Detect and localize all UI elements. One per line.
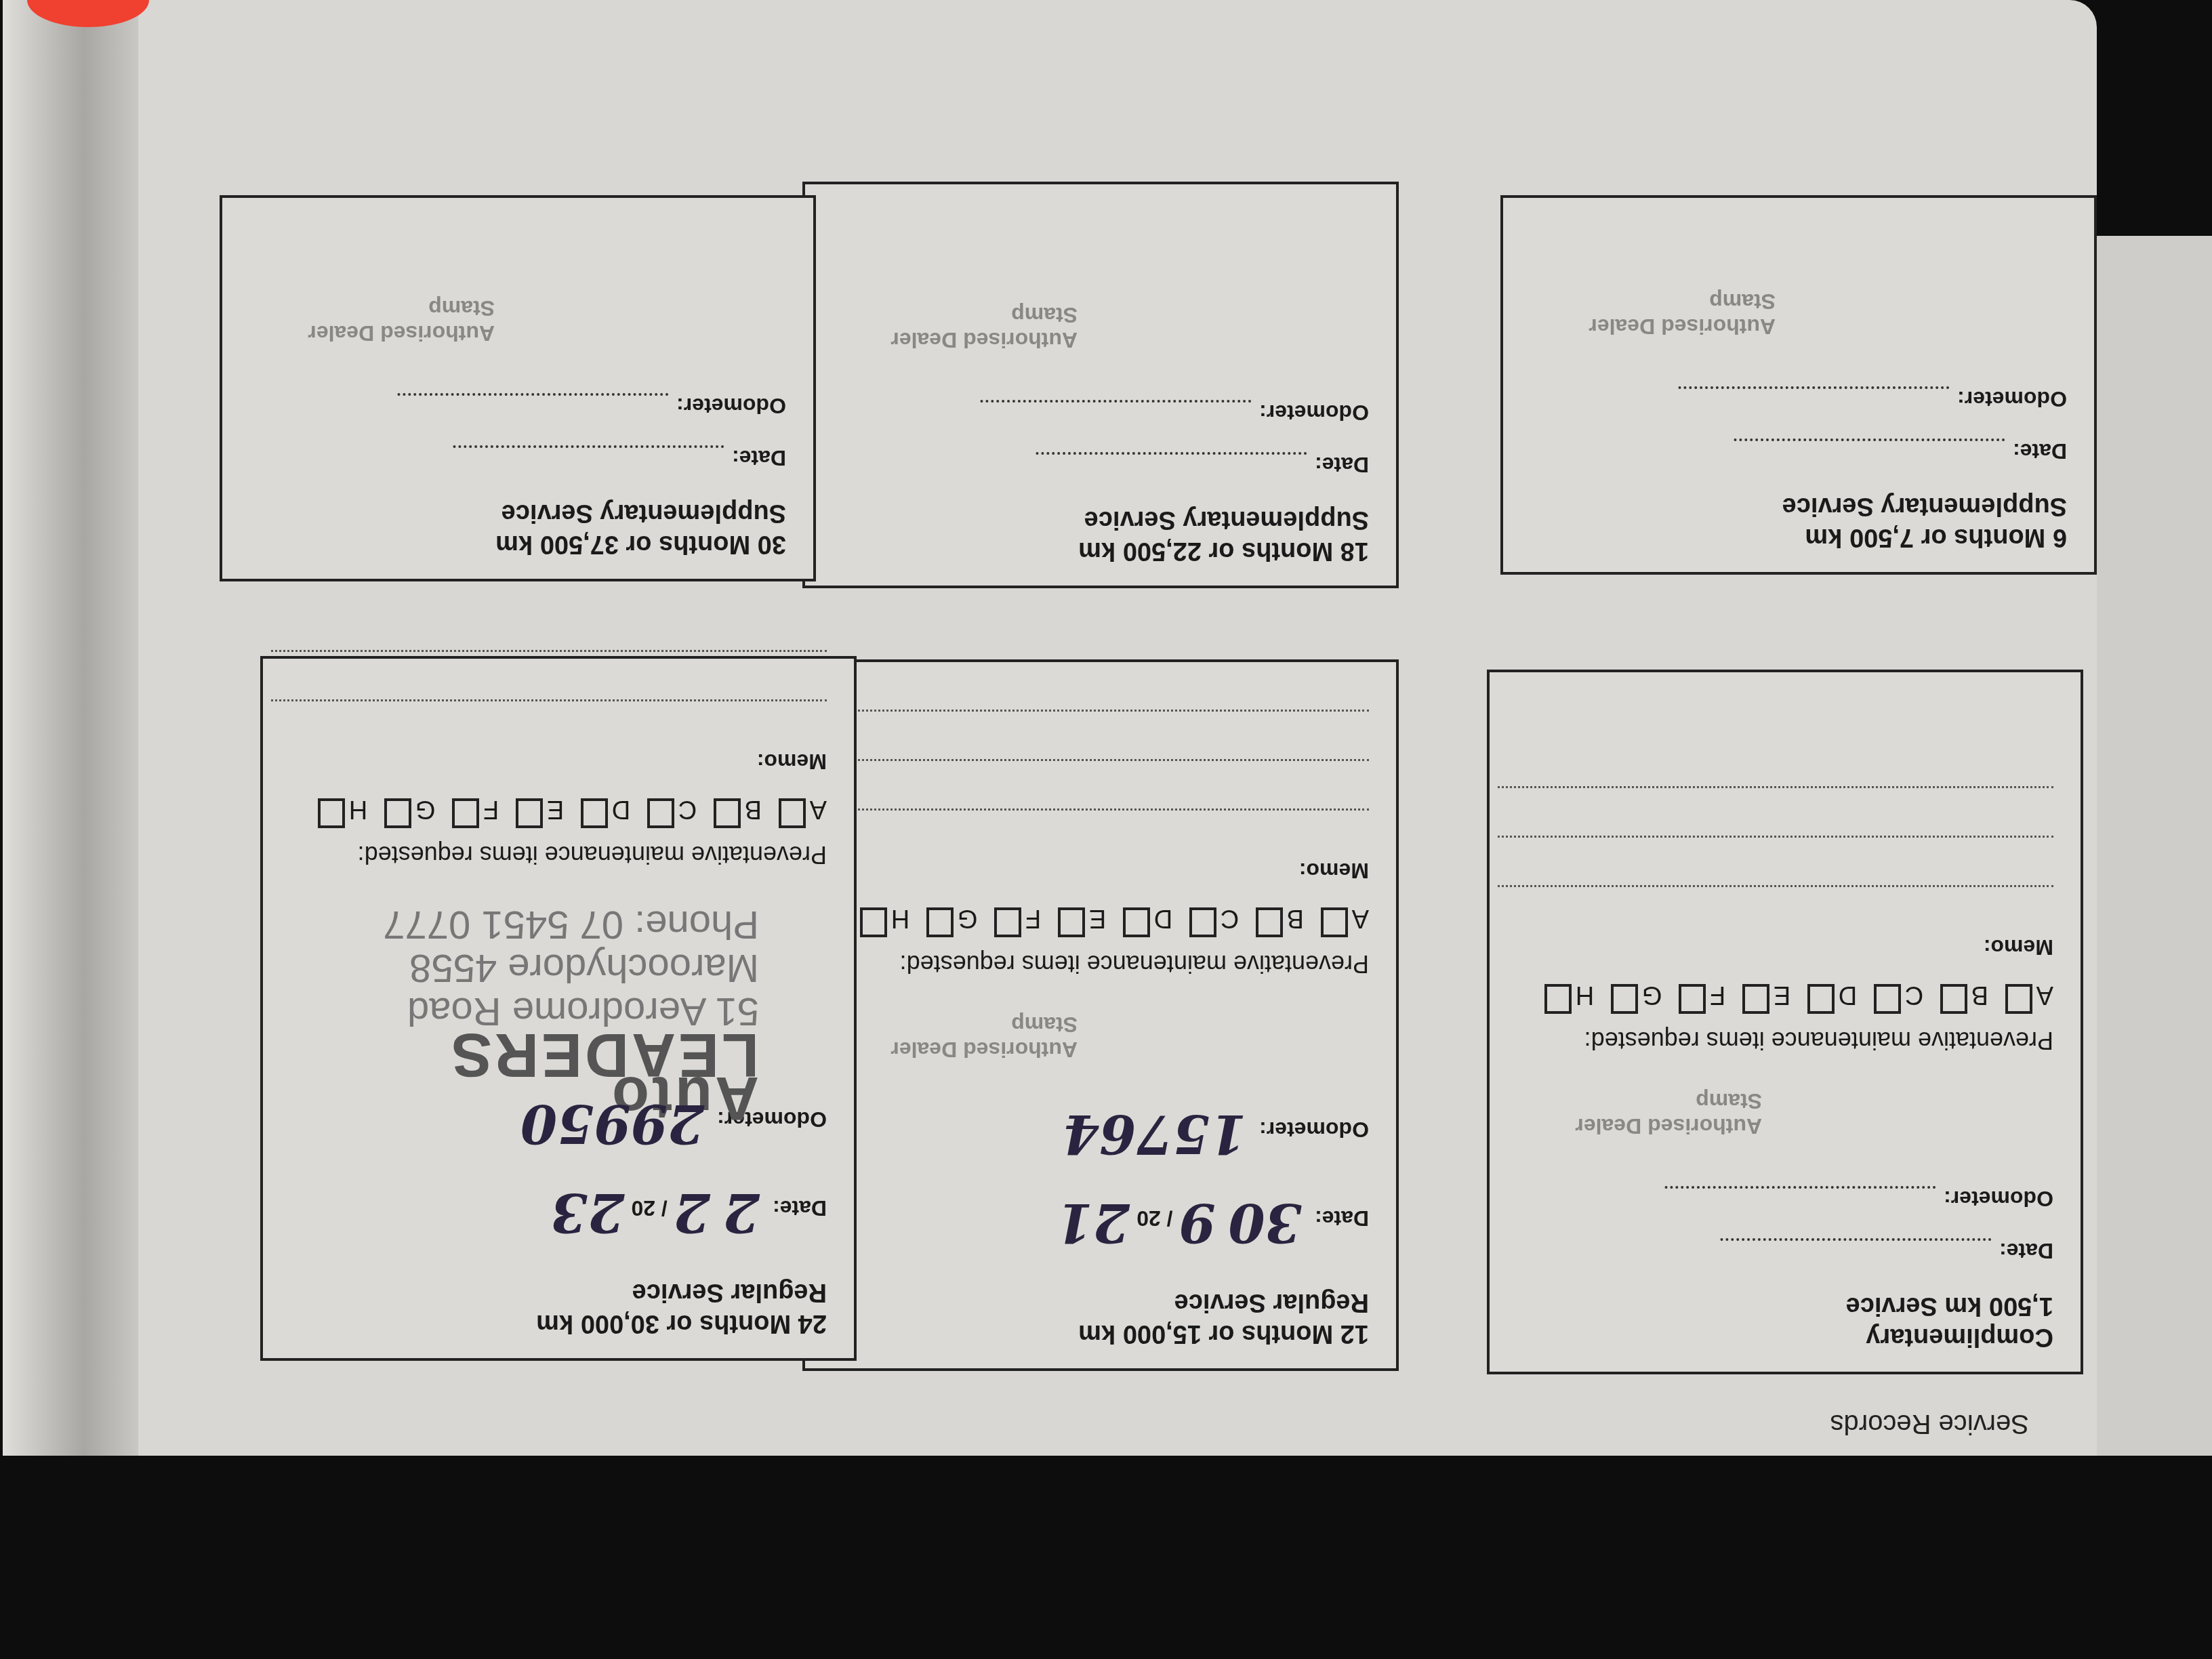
memo-line[interactable] (813, 808, 1369, 858)
dealer-address: 51 Aerodrome Road (290, 989, 759, 1033)
memo-label: Memo: (832, 858, 1369, 883)
handwritten-date-year: 23 (551, 1181, 625, 1243)
service-type: Supplementary Service (249, 497, 786, 529)
checkbox-d[interactable] (581, 798, 608, 828)
service-type: Supplementary Service (832, 504, 1369, 535)
service-interval: 18 Months or 22,500 km (832, 535, 1369, 567)
service-interval: 24 Months or 30,000 km (290, 1308, 827, 1339)
odometer-field[interactable]: Odometer: (1530, 386, 2067, 411)
handwritten-date-month: 2 (674, 1181, 710, 1243)
dealer-stamp-area: Authorised Dealer Stamp (1530, 289, 1776, 339)
checkbox-c[interactable] (1874, 984, 1901, 1014)
date-field[interactable]: Date: (832, 452, 1369, 477)
handwritten-date-month: 9 (1179, 1191, 1215, 1253)
checkbox-f[interactable] (1679, 984, 1706, 1014)
checkbox-a[interactable] (779, 798, 806, 828)
odometer-field[interactable]: Odometer: 15764 (832, 1109, 1369, 1171)
checkbox-c[interactable] (1189, 907, 1216, 937)
checkbox-g[interactable] (1611, 984, 1638, 1014)
pm-checkboxes: A B C D E F G H (290, 794, 827, 828)
service-type: Regular Service (290, 1277, 827, 1308)
checkbox-h[interactable] (318, 798, 345, 828)
checkbox-b[interactable] (1940, 984, 1967, 1014)
page-title: Service Records (1830, 1408, 2029, 1439)
checkbox-c[interactable] (647, 798, 674, 828)
memo-line[interactable] (1498, 786, 2053, 836)
pm-checkboxes: A B C D E F G H (832, 903, 1369, 937)
dealer-stamp-area: Authorised Dealer Stamp (832, 302, 1078, 352)
handwritten-odometer: 29950 (520, 1092, 704, 1154)
odometer-field[interactable]: Odometer: (1517, 1186, 2053, 1211)
service-box-18-months: 18 Months or 22,500 km Supplementary Ser… (802, 182, 1399, 588)
dealer-stamp-area: Authorised Dealer Stamp (249, 295, 495, 346)
service-box-30-months: 30 Months or 37,500 km Supplementary Ser… (220, 195, 816, 581)
checkbox-b[interactable] (1256, 907, 1283, 937)
checkbox-g[interactable] (926, 907, 954, 937)
dealer-city: Maroochydore 4558 (290, 946, 759, 989)
handwritten-date-day: 30 (1229, 1191, 1303, 1253)
date-field[interactable]: Date: 2 2 / 2023 (290, 1188, 827, 1250)
service-type: 1,500 km Service (1517, 1290, 2053, 1322)
checkbox-h[interactable] (1544, 984, 1572, 1014)
handwritten-date-year: 21 (1057, 1191, 1130, 1253)
binding-gutter (3, 0, 138, 1456)
handwritten-odometer: 15764 (1063, 1103, 1246, 1164)
memo-label: Memo: (1517, 935, 2053, 960)
dealer-phone: Phone: 07 5451 0777 (290, 903, 759, 946)
checkbox-e[interactable] (516, 798, 543, 828)
handwritten-date-day: 2 (723, 1181, 760, 1243)
date-field[interactable]: Date: (249, 445, 786, 470)
dealer-stamp-area: Authorised Dealer Stamp (1517, 1088, 1762, 1139)
memo-line[interactable] (271, 650, 827, 699)
memo-line[interactable] (813, 759, 1369, 808)
service-interval: 12 Months or 15,000 km (832, 1318, 1369, 1349)
checkbox-e[interactable] (1058, 907, 1085, 937)
memo-label: Memo: (290, 749, 827, 774)
date-field[interactable]: Date: (1530, 438, 2067, 464)
checkbox-h[interactable] (860, 907, 887, 937)
service-interval: Complimentary (1517, 1322, 2053, 1353)
dealer-stamp-area: Authorised Dealer Stamp (832, 1012, 1078, 1062)
dealer-stamp: Auto LEADERS 51 Aerodrome Road Maroochyd… (290, 903, 759, 1120)
service-box-24-months: 24 Months or 30,000 km Regular Service D… (260, 656, 857, 1361)
service-interval: 30 Months or 37,500 km (249, 529, 786, 560)
photo-background: Service Records Complimentary 1,500 km S… (0, 0, 2212, 1659)
checkbox-f[interactable] (994, 907, 1021, 937)
checkbox-e[interactable] (1742, 984, 1769, 1014)
checkbox-d[interactable] (1123, 907, 1150, 937)
service-box-complimentary: Complimentary 1,500 km Service Date: Odo… (1487, 670, 2083, 1374)
memo-line[interactable] (1498, 836, 2053, 885)
service-box-6-months: 6 Months or 7,500 km Supplementary Servi… (1500, 195, 2097, 575)
date-field[interactable]: Date: (1517, 1238, 2053, 1263)
checkbox-a[interactable] (1321, 907, 1348, 937)
odometer-field[interactable]: Odometer: (832, 400, 1369, 425)
memo-line[interactable] (1498, 885, 2053, 935)
date-field[interactable]: Date: 30 9 / 2021 (832, 1198, 1369, 1260)
pm-label: Preventative maintenance items requested… (1517, 1026, 2053, 1054)
adjacent-page (2097, 236, 2212, 1456)
checkbox-d[interactable] (1807, 984, 1835, 1014)
memo-line[interactable] (271, 699, 827, 749)
pm-label: Preventative maintenance items requested… (290, 840, 827, 869)
booklet-page: Service Records Complimentary 1,500 km S… (0, 0, 2212, 1659)
checkbox-a[interactable] (2005, 984, 2032, 1014)
service-interval: 6 Months or 7,500 km (1530, 522, 2067, 553)
pm-label: Preventative maintenance items requested… (832, 949, 1369, 978)
service-type: Regular Service (832, 1287, 1369, 1318)
odometer-field[interactable]: Odometer: (249, 393, 786, 418)
service-box-12-months: 12 Months or 15,000 km Regular Service D… (802, 659, 1399, 1371)
checkbox-g[interactable] (384, 798, 411, 828)
checkbox-f[interactable] (452, 798, 479, 828)
service-type: Supplementary Service (1530, 491, 2067, 522)
memo-line[interactable] (813, 710, 1369, 759)
checkbox-b[interactable] (714, 798, 741, 828)
pm-checkboxes: A B C D E F G H (1517, 980, 2053, 1014)
